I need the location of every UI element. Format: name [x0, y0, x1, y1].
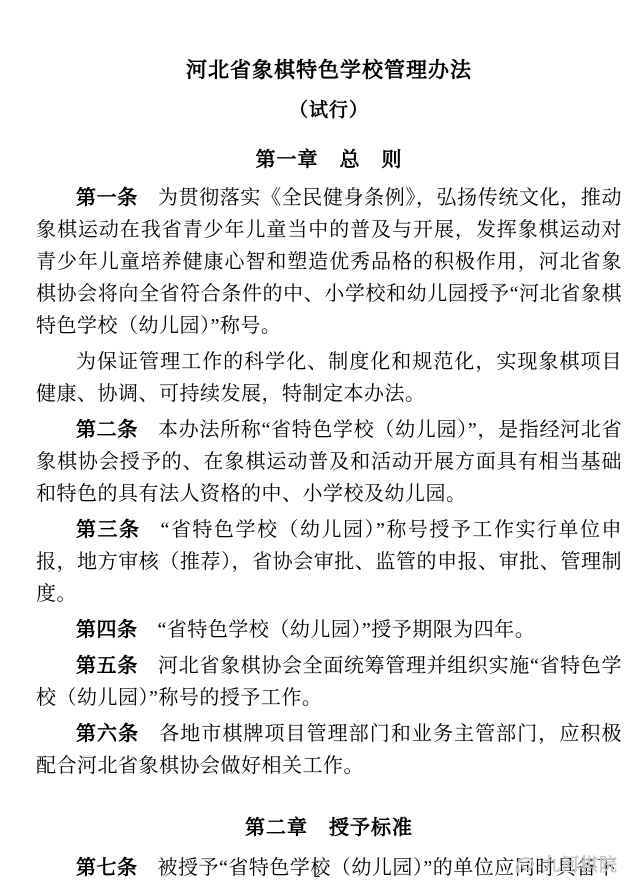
article-text: 为保证管理工作的科学化、制度化和规范化，实现象棋项目健康、协调、可持续发展，特制…: [36, 351, 622, 405]
article-paragraph: 第一条为贯彻落实《全民健身条例》，弘扬传统文化，推动象棋运动在我省青少年儿童当中…: [36, 182, 622, 342]
article-paragraph: 第三条“省特色学校（幼儿园）”称号授予工作实行单位申报，地方审核（推荐），省协会…: [36, 514, 622, 610]
jiuhe-logo-icon: [513, 853, 537, 877]
article-paragraph: 第二条本办法所称“省特色学校（幼儿园）”，是指经河北省象棋协会授予的、在象棋运动…: [36, 414, 622, 510]
chapter-1-heading: 第一章 总 则: [36, 148, 622, 172]
chapter-2-heading: 第二章 授予标准: [36, 816, 622, 840]
document-content: 河北省象棋特色学校管理办法 （试行） 第一章 总 则 第一条为贯彻落实《全民健身…: [0, 0, 634, 884]
article-paragraph: 第六条各地市棋牌项目管理部门和业务主管部门，应积极配合河北省象棋协会做好相关工作…: [36, 718, 622, 782]
page-subtitle: （试行）: [36, 100, 622, 122]
article-number-label: 第一条: [76, 187, 138, 209]
article-number-label: 第四条: [76, 619, 138, 641]
watermark: 九河棋院: [513, 853, 618, 877]
article-paragraph: 第四条“省特色学校（幼儿园）”授予期限为四年。: [36, 614, 622, 646]
article-number-label: 第三条: [76, 519, 141, 541]
article-text: 为贯彻落实《全民健身条例》，弘扬传统文化，推动象棋运动在我省青少年儿童当中的普及…: [36, 187, 622, 337]
article-paragraph: 第五条河北省象棋协会全面统筹管理并组织实施“省特色学校（幼儿园）”称号的授予工作…: [36, 650, 622, 714]
article-text: “省特色学校（幼儿园）”授予期限为四年。: [158, 619, 536, 641]
watermark-label: 九河棋院: [542, 853, 618, 877]
article-number-label: 第五条: [76, 655, 138, 677]
article-number-label: 第六条: [76, 723, 139, 745]
document-page: 河北省象棋特色学校管理办法 （试行） 第一章 总 则 第一条为贯彻落实《全民健身…: [0, 0, 634, 889]
page-title: 河北省象棋特色学校管理办法: [36, 58, 622, 82]
article-number-label: 第二条: [76, 419, 138, 441]
article-paragraph: 为保证管理工作的科学化、制度化和规范化，实现象棋项目健康、协调、可持续发展，特制…: [36, 346, 622, 410]
